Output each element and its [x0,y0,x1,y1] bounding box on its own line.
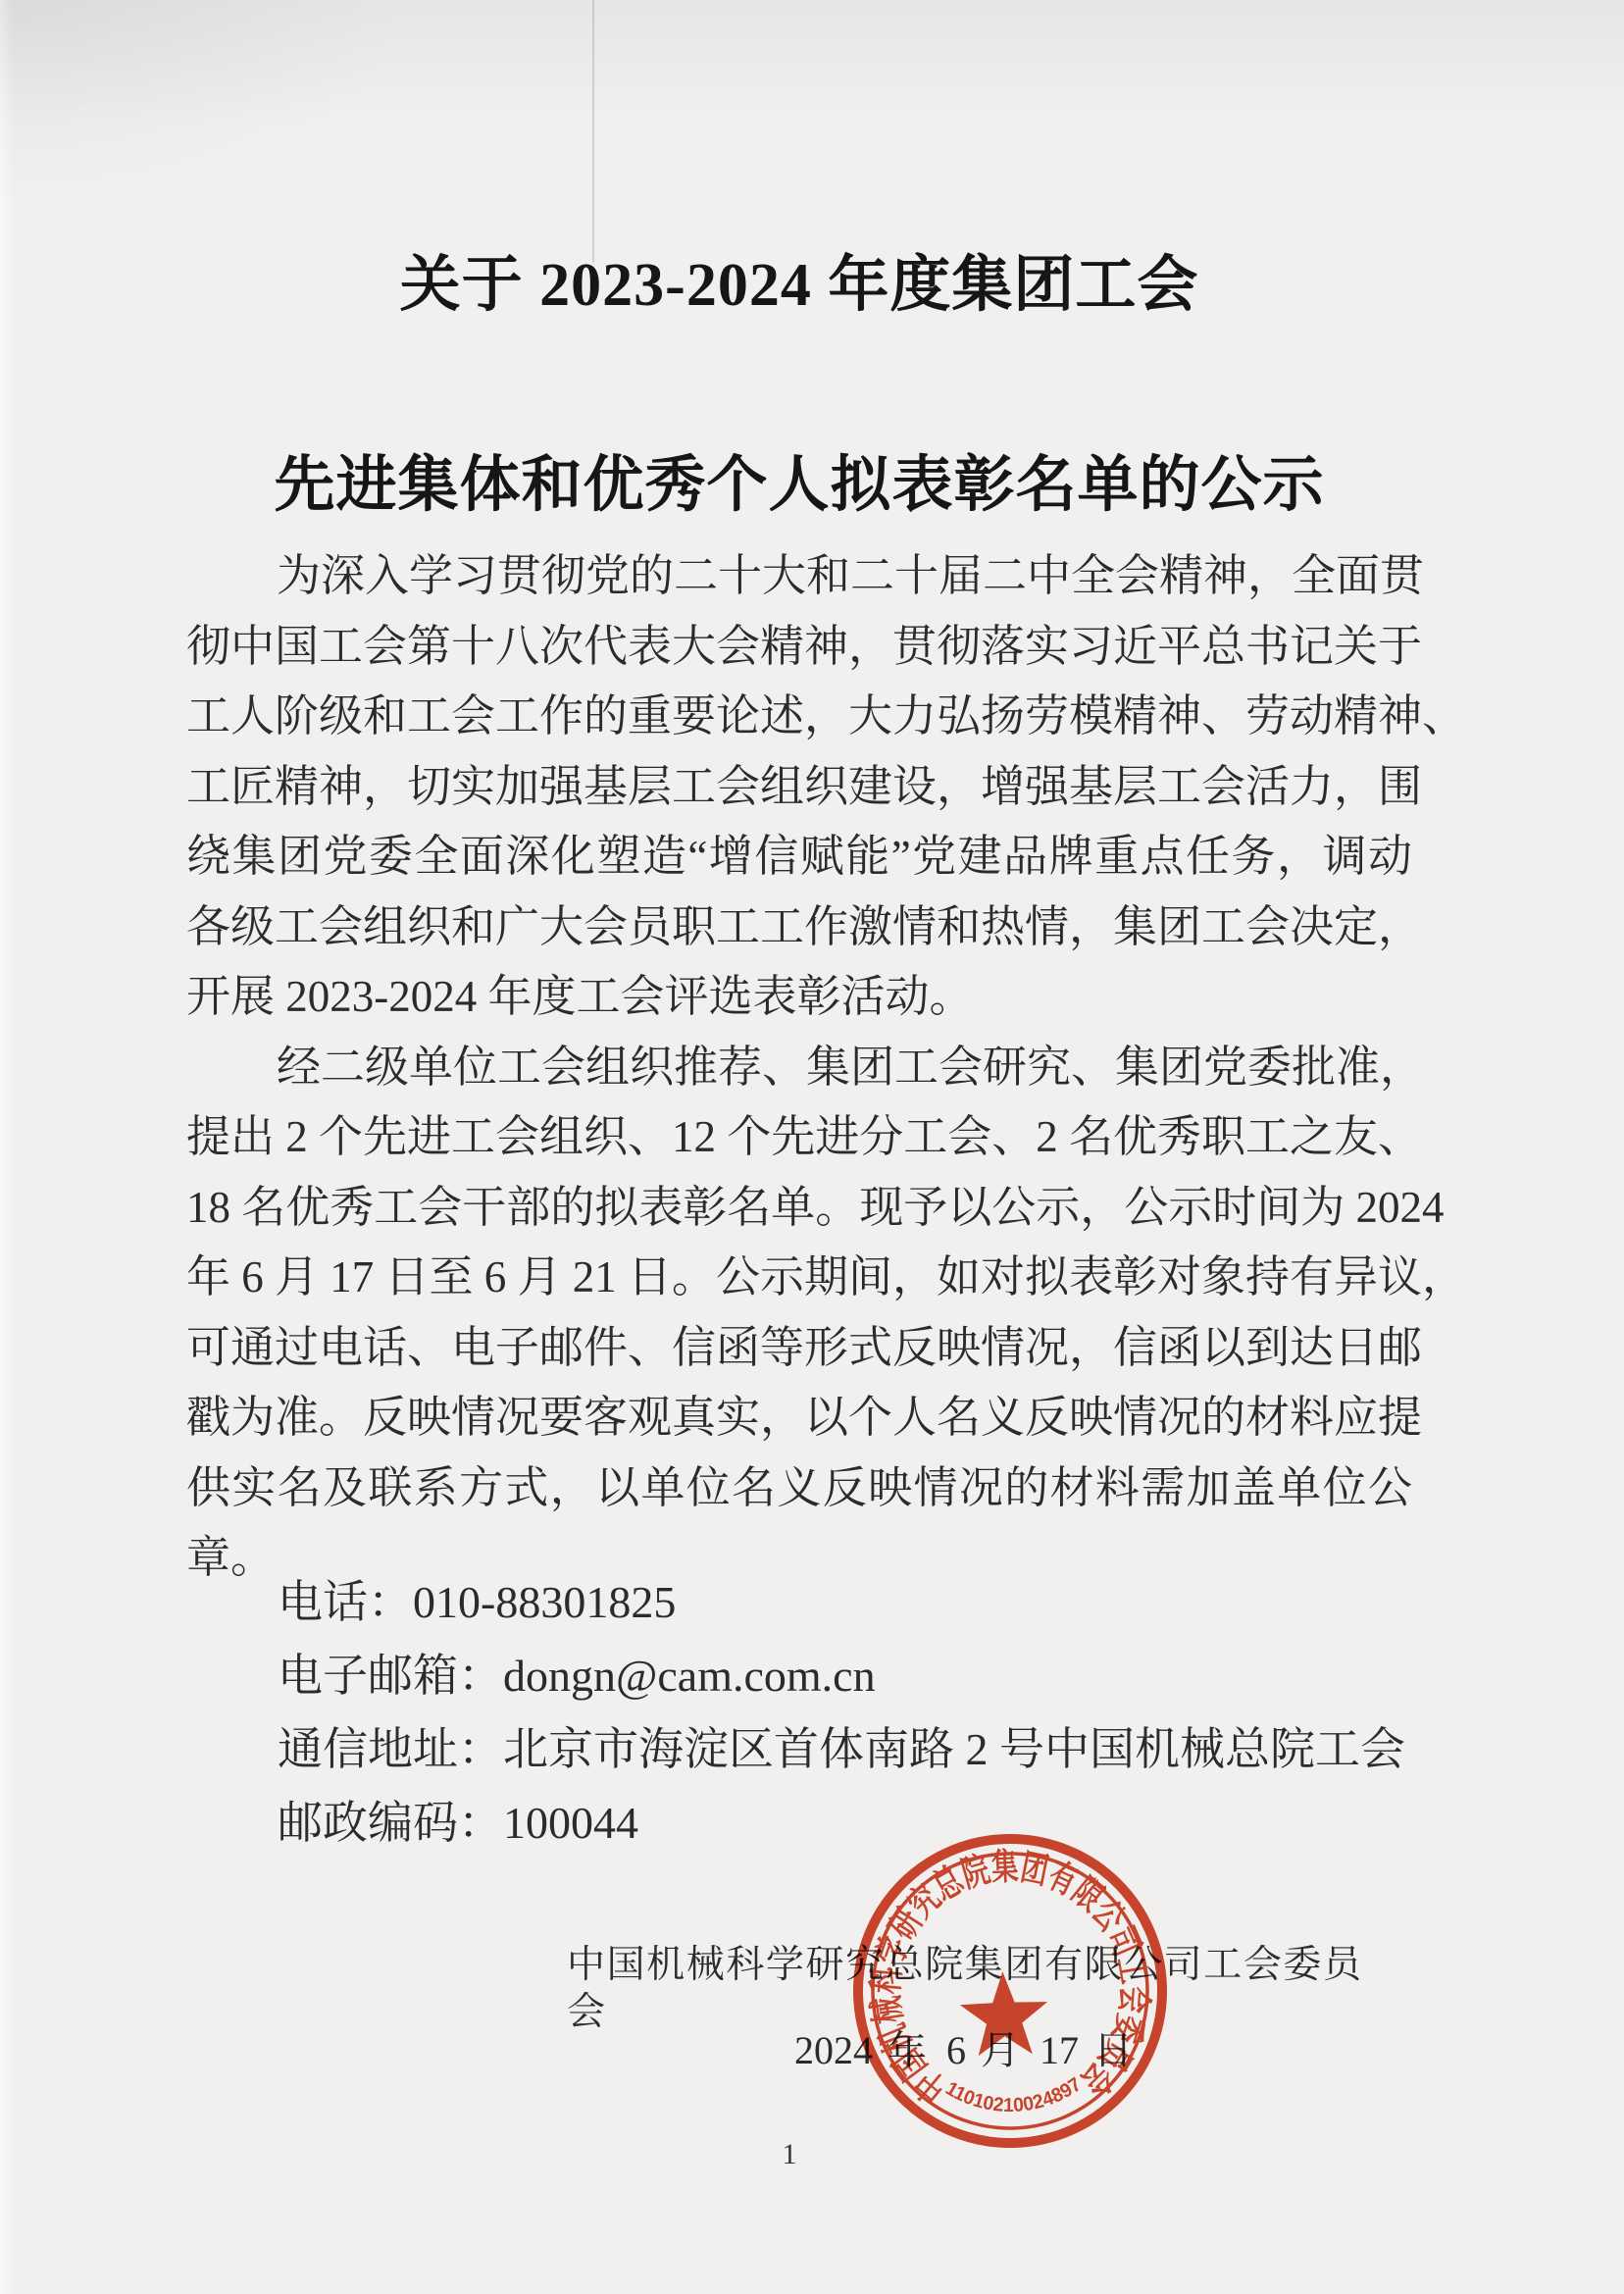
scan-artifact-line [592,0,594,263]
body-text-line: 各级工会组织和广大会员职工工作激情和热情，集团工会决定， [186,892,1412,963]
body-text-line: 为深入学习贯彻党的二十大和二十届二中全会精神，全面贯 [186,541,1412,612]
document-body: 为深入学习贯彻党的二十大和二十届二中全会精神，全面贯彻中国工会第十八次代表大会精… [186,541,1412,1594]
contact-label: 电子邮箱： [278,1651,503,1701]
official-seal: 中国机械科学研究总院集团有限公司工会委员会 11010210024897 [836,1816,1185,2166]
body-text-line: 可通过电话、电子邮件、信函等形式反映情况，信函以到达日邮 [186,1313,1412,1384]
body-text-line: 绕集团党委全面深化塑造“增信赋能”党建品牌重点任务，调动 [186,822,1412,892]
contact-label: 电话： [278,1577,413,1627]
contact-value: dongn@cam.com.cn [503,1651,876,1701]
body-text-line: 供实名及联系方式，以单位名义反映情况的材料需加盖单位公 [186,1453,1412,1524]
seal-graphic: 中国机械科学研究总院集团有限公司工会委员会 11010210024897 [836,1816,1185,2166]
contact-line: 电话：010-88301825 [278,1565,1454,1639]
contact-label: 邮政编码： [278,1798,503,1848]
contact-value: 100044 [503,1798,638,1848]
page-number: 1 [0,2138,1579,2171]
body-text-line: 18 名优秀工会干部的拟表彰名单。现予以公示，公示时间为 2024 [186,1173,1412,1244]
contact-value: 北京市海淀区首体南路 2 号中国机械总院工会 [503,1724,1405,1774]
body-text-line: 彻中国工会第十八次代表大会精神，贯彻落实习近平总书记关于 [186,612,1412,683]
body-text-line: 工匠精神，切实加强基层工会组织建设，增强基层工会活力，围 [186,752,1412,823]
body-text-line: 工人阶级和工会工作的重要论述，大力弘扬劳模精神、劳动精神、 [186,682,1412,752]
body-text-line: 提出 2 个先进工会组织、12 个先进分工会、2 名优秀职工之友、 [186,1102,1412,1173]
body-text-line: 开展 2023-2024 年度工会评选表彰活动。 [186,962,1412,1033]
doc-title-line2: 先进集体和优秀个人拟表彰名单的公示 [186,449,1412,522]
contact-line: 通信地址：北京市海淀区首体南路 2 号中国机械总院工会 [278,1712,1454,1786]
contact-value: 010-88301825 [413,1577,676,1627]
body-text-line: 年 6 月 17 日至 6 月 21 日。公示期间，如对拟表彰对象持有异议， [186,1243,1412,1313]
body-text-line: 戳为准。反映情况要客观真实，以个人名义反映情况的材料应提 [186,1383,1412,1453]
seal-serial-number: 11010210024897 [941,2073,1087,2119]
doc-title-line1: 关于 2023-2024 年度集团工会 [186,249,1412,322]
body-text-line: 经二级单位工会组织推荐、集团工会研究、集团党委批准， [186,1033,1412,1103]
contact-block: 电话：010-88301825电子邮箱：dongn@cam.com.cn通信地址… [278,1565,1454,1860]
star-icon [959,1970,1049,2057]
contact-label: 通信地址： [278,1724,503,1774]
contact-line: 电子邮箱：dongn@cam.com.cn [278,1639,1454,1712]
